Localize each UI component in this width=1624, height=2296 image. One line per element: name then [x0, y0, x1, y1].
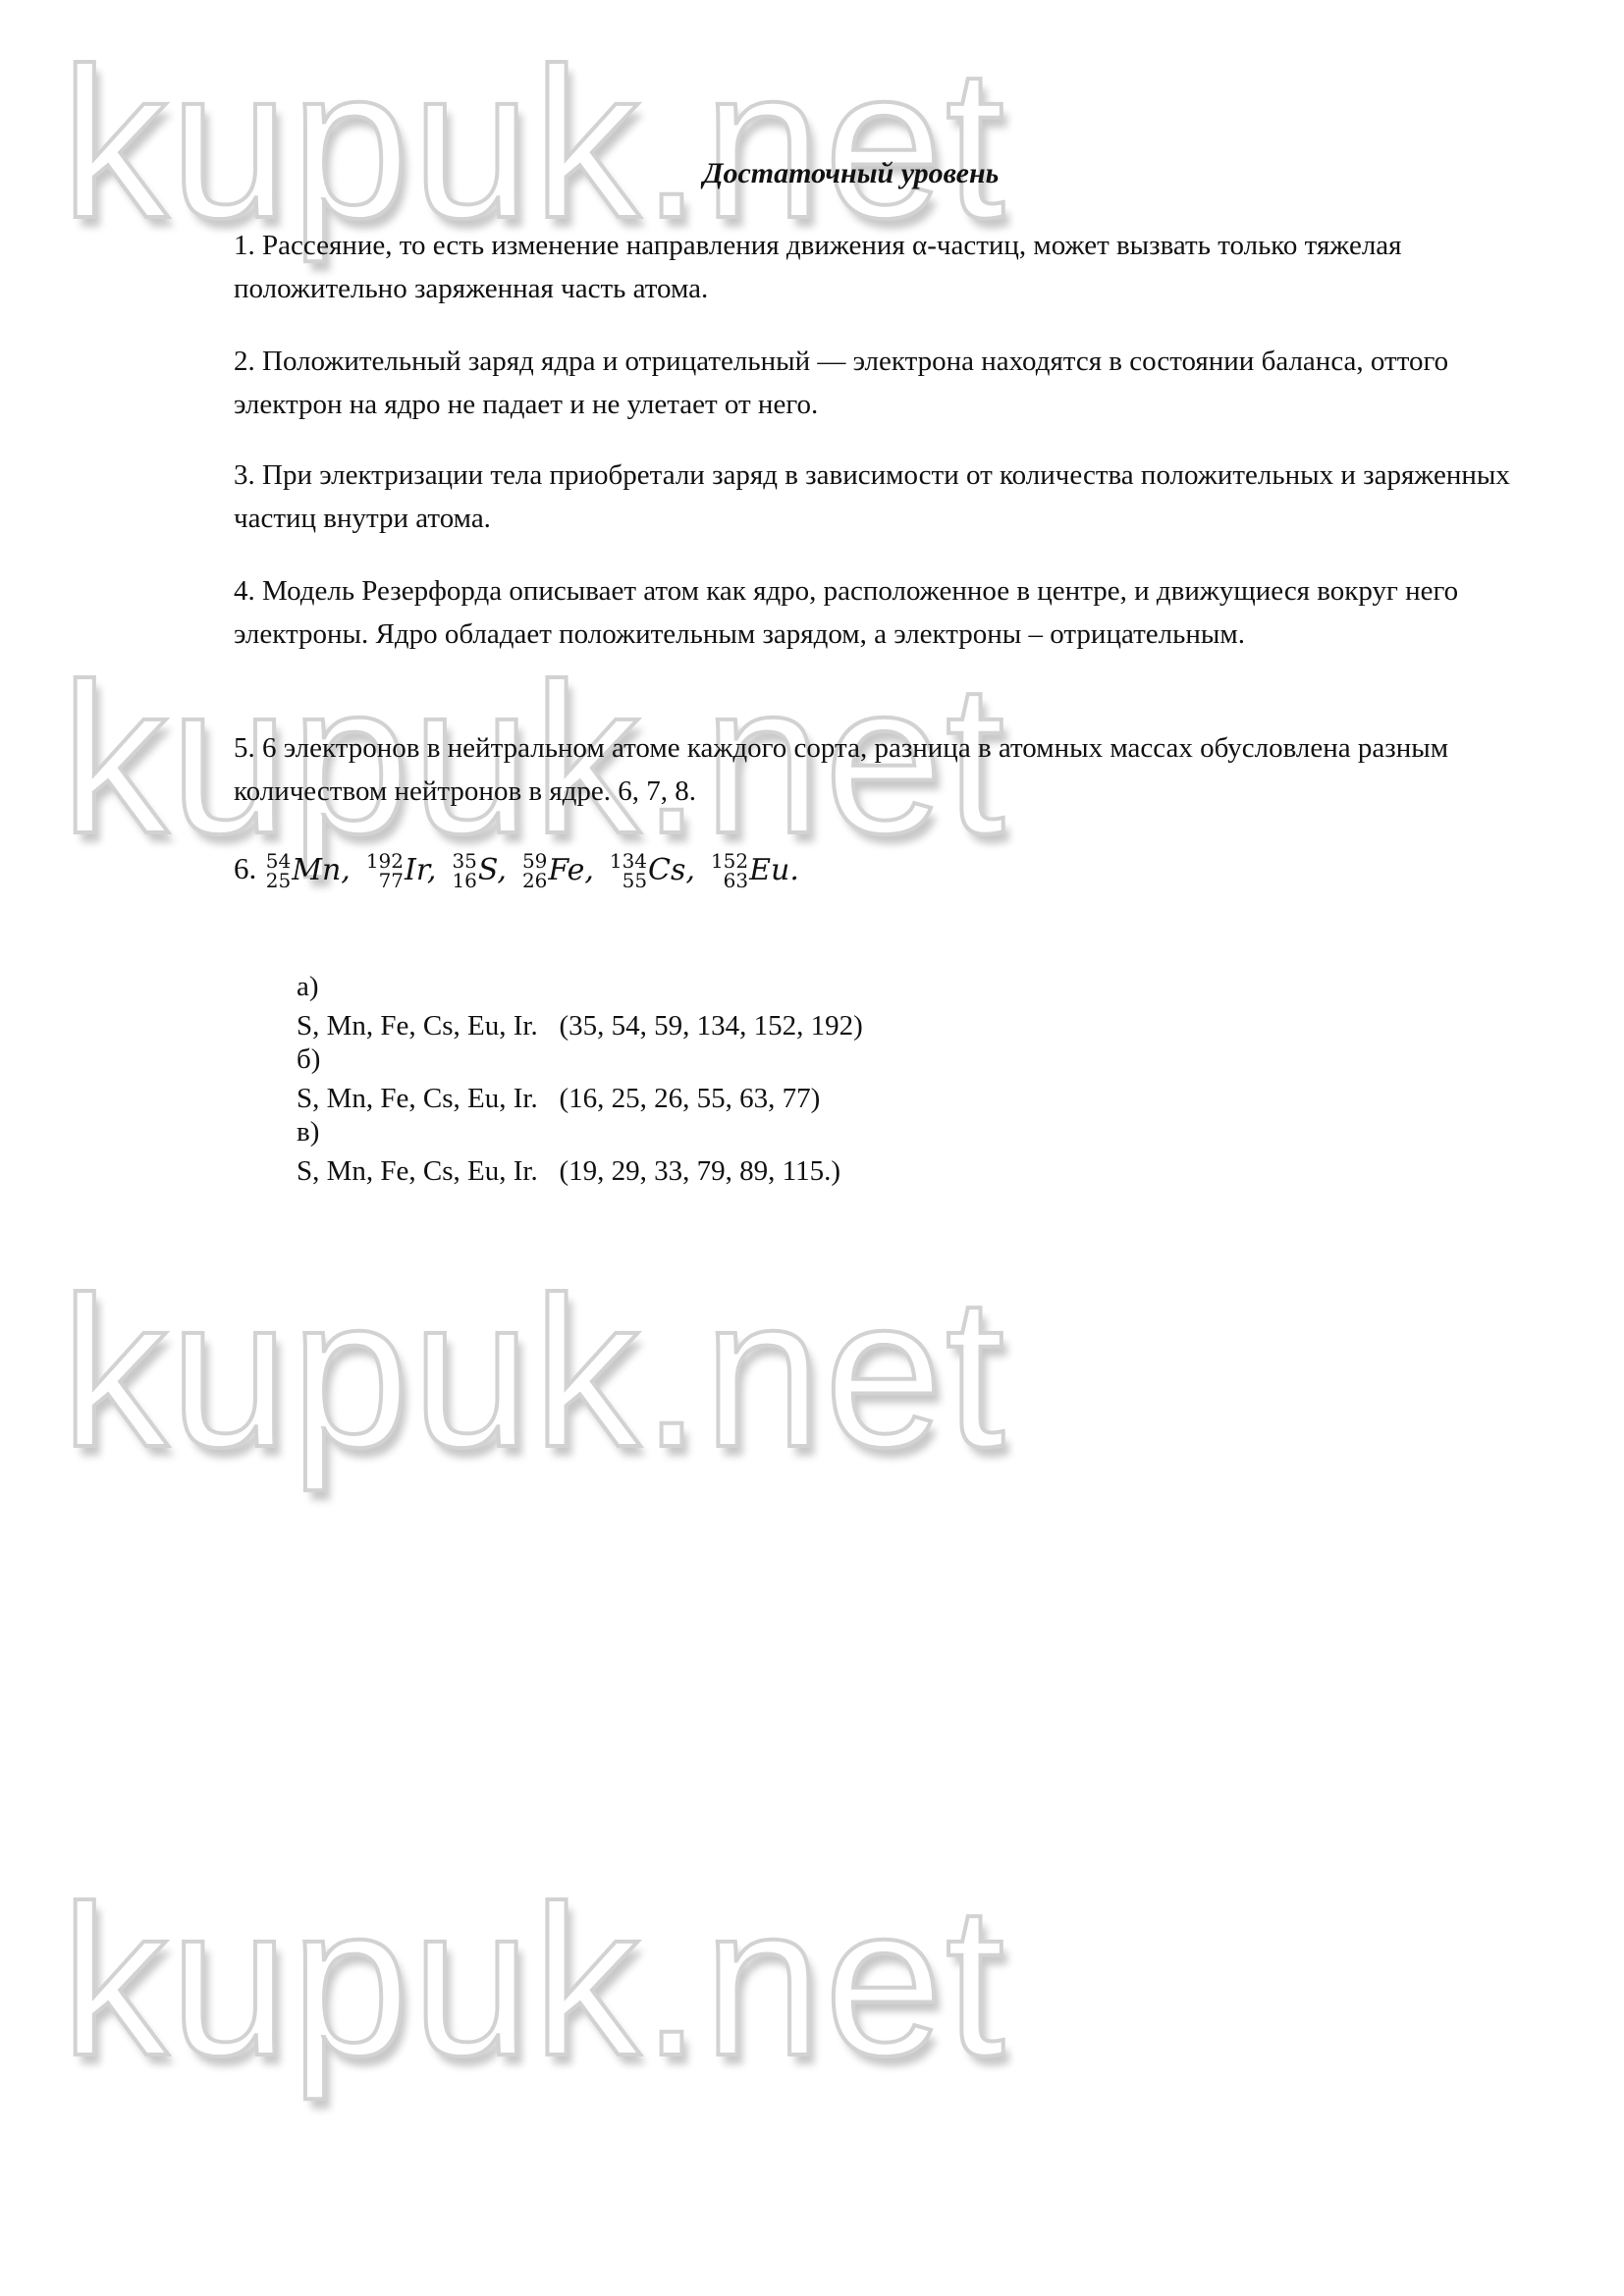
atomic-number: 55 — [610, 871, 647, 890]
sub-answer-label: в) — [297, 1116, 319, 1148]
isotope: 19277Ir, — [366, 845, 437, 895]
atomic-number: 26 — [522, 871, 547, 890]
mass-number: 134 — [610, 851, 647, 871]
isotope: 5926Fe, — [522, 845, 594, 895]
sub-answer-label: а) — [297, 971, 319, 1002]
answer-paragraph-2: 2. Положительный заряд ядра и отрицатель… — [234, 340, 1510, 426]
atomic-number: 16 — [452, 871, 476, 890]
atomic-number: 25 — [266, 871, 291, 890]
watermark: kupuk.net — [61, 1875, 1006, 2089]
element-symbol: Mn, — [292, 853, 351, 887]
element-symbol: Fe, — [548, 853, 593, 887]
nucleon-numbers: 19277 — [366, 851, 404, 890]
isotope: 15263Eu. — [711, 845, 799, 895]
element-symbol: Ir, — [405, 853, 436, 887]
mass-number: 35 — [452, 851, 476, 871]
nucleon-numbers: 3516 — [452, 851, 476, 890]
item-number: 6. — [234, 851, 256, 885]
isotope: 13455Cs, — [610, 845, 695, 895]
nucleon-numbers: 13455 — [610, 851, 647, 890]
answer-paragraph-5: 5. 6 электронов в нейтральном атоме кажд… — [234, 726, 1510, 813]
answer-paragraph-3: 3. При электризации тела приобретали зар… — [234, 454, 1510, 540]
nucleon-numbers: 5425 — [266, 851, 291, 890]
sub-answer-values: (19, 29, 33, 79, 89, 115.) — [559, 1155, 840, 1187]
mass-number: 192 — [366, 851, 404, 871]
atomic-number: 77 — [366, 871, 404, 890]
answer-paragraph-6-isotopes: 6. 5425Mn,19277Ir,3516S,5926Fe,13455Cs,1… — [234, 844, 1510, 895]
nucleon-numbers: 15263 — [711, 851, 748, 890]
element-symbol: S, — [478, 853, 507, 887]
mass-number: 54 — [266, 851, 291, 871]
atomic-number: 63 — [711, 871, 748, 890]
mass-number: 152 — [711, 851, 748, 871]
mass-number: 59 — [522, 851, 547, 871]
watermark: kupuk.net — [61, 37, 1006, 251]
sub-answer-c: в) S, Mn, Fe, Cs, Eu, Ir. (19, 29, 33, 7… — [268, 1073, 840, 1230]
watermark: kupuk.net — [61, 1266, 1006, 1480]
isotope: 5425Mn, — [266, 845, 351, 895]
answer-paragraph-4: 4. Модель Резерфорда описывает атом как … — [234, 569, 1510, 656]
sub-answer-elements: S, Mn, Fe, Cs, Eu, Ir. — [297, 1155, 538, 1187]
sub-answer-label: б) — [297, 1043, 320, 1075]
isotope: 3516S, — [452, 845, 506, 895]
section-title: Достаточный уровень — [703, 157, 999, 190]
answer-paragraph-1: 1. Рассеяние, то есть изменение направле… — [234, 224, 1510, 310]
isotope-list: 5425Mn,19277Ir,3516S,5926Fe,13455Cs,1526… — [266, 852, 815, 886]
nucleon-numbers: 5926 — [522, 851, 547, 890]
element-symbol: Cs, — [648, 853, 695, 887]
element-symbol: Eu. — [749, 853, 799, 887]
